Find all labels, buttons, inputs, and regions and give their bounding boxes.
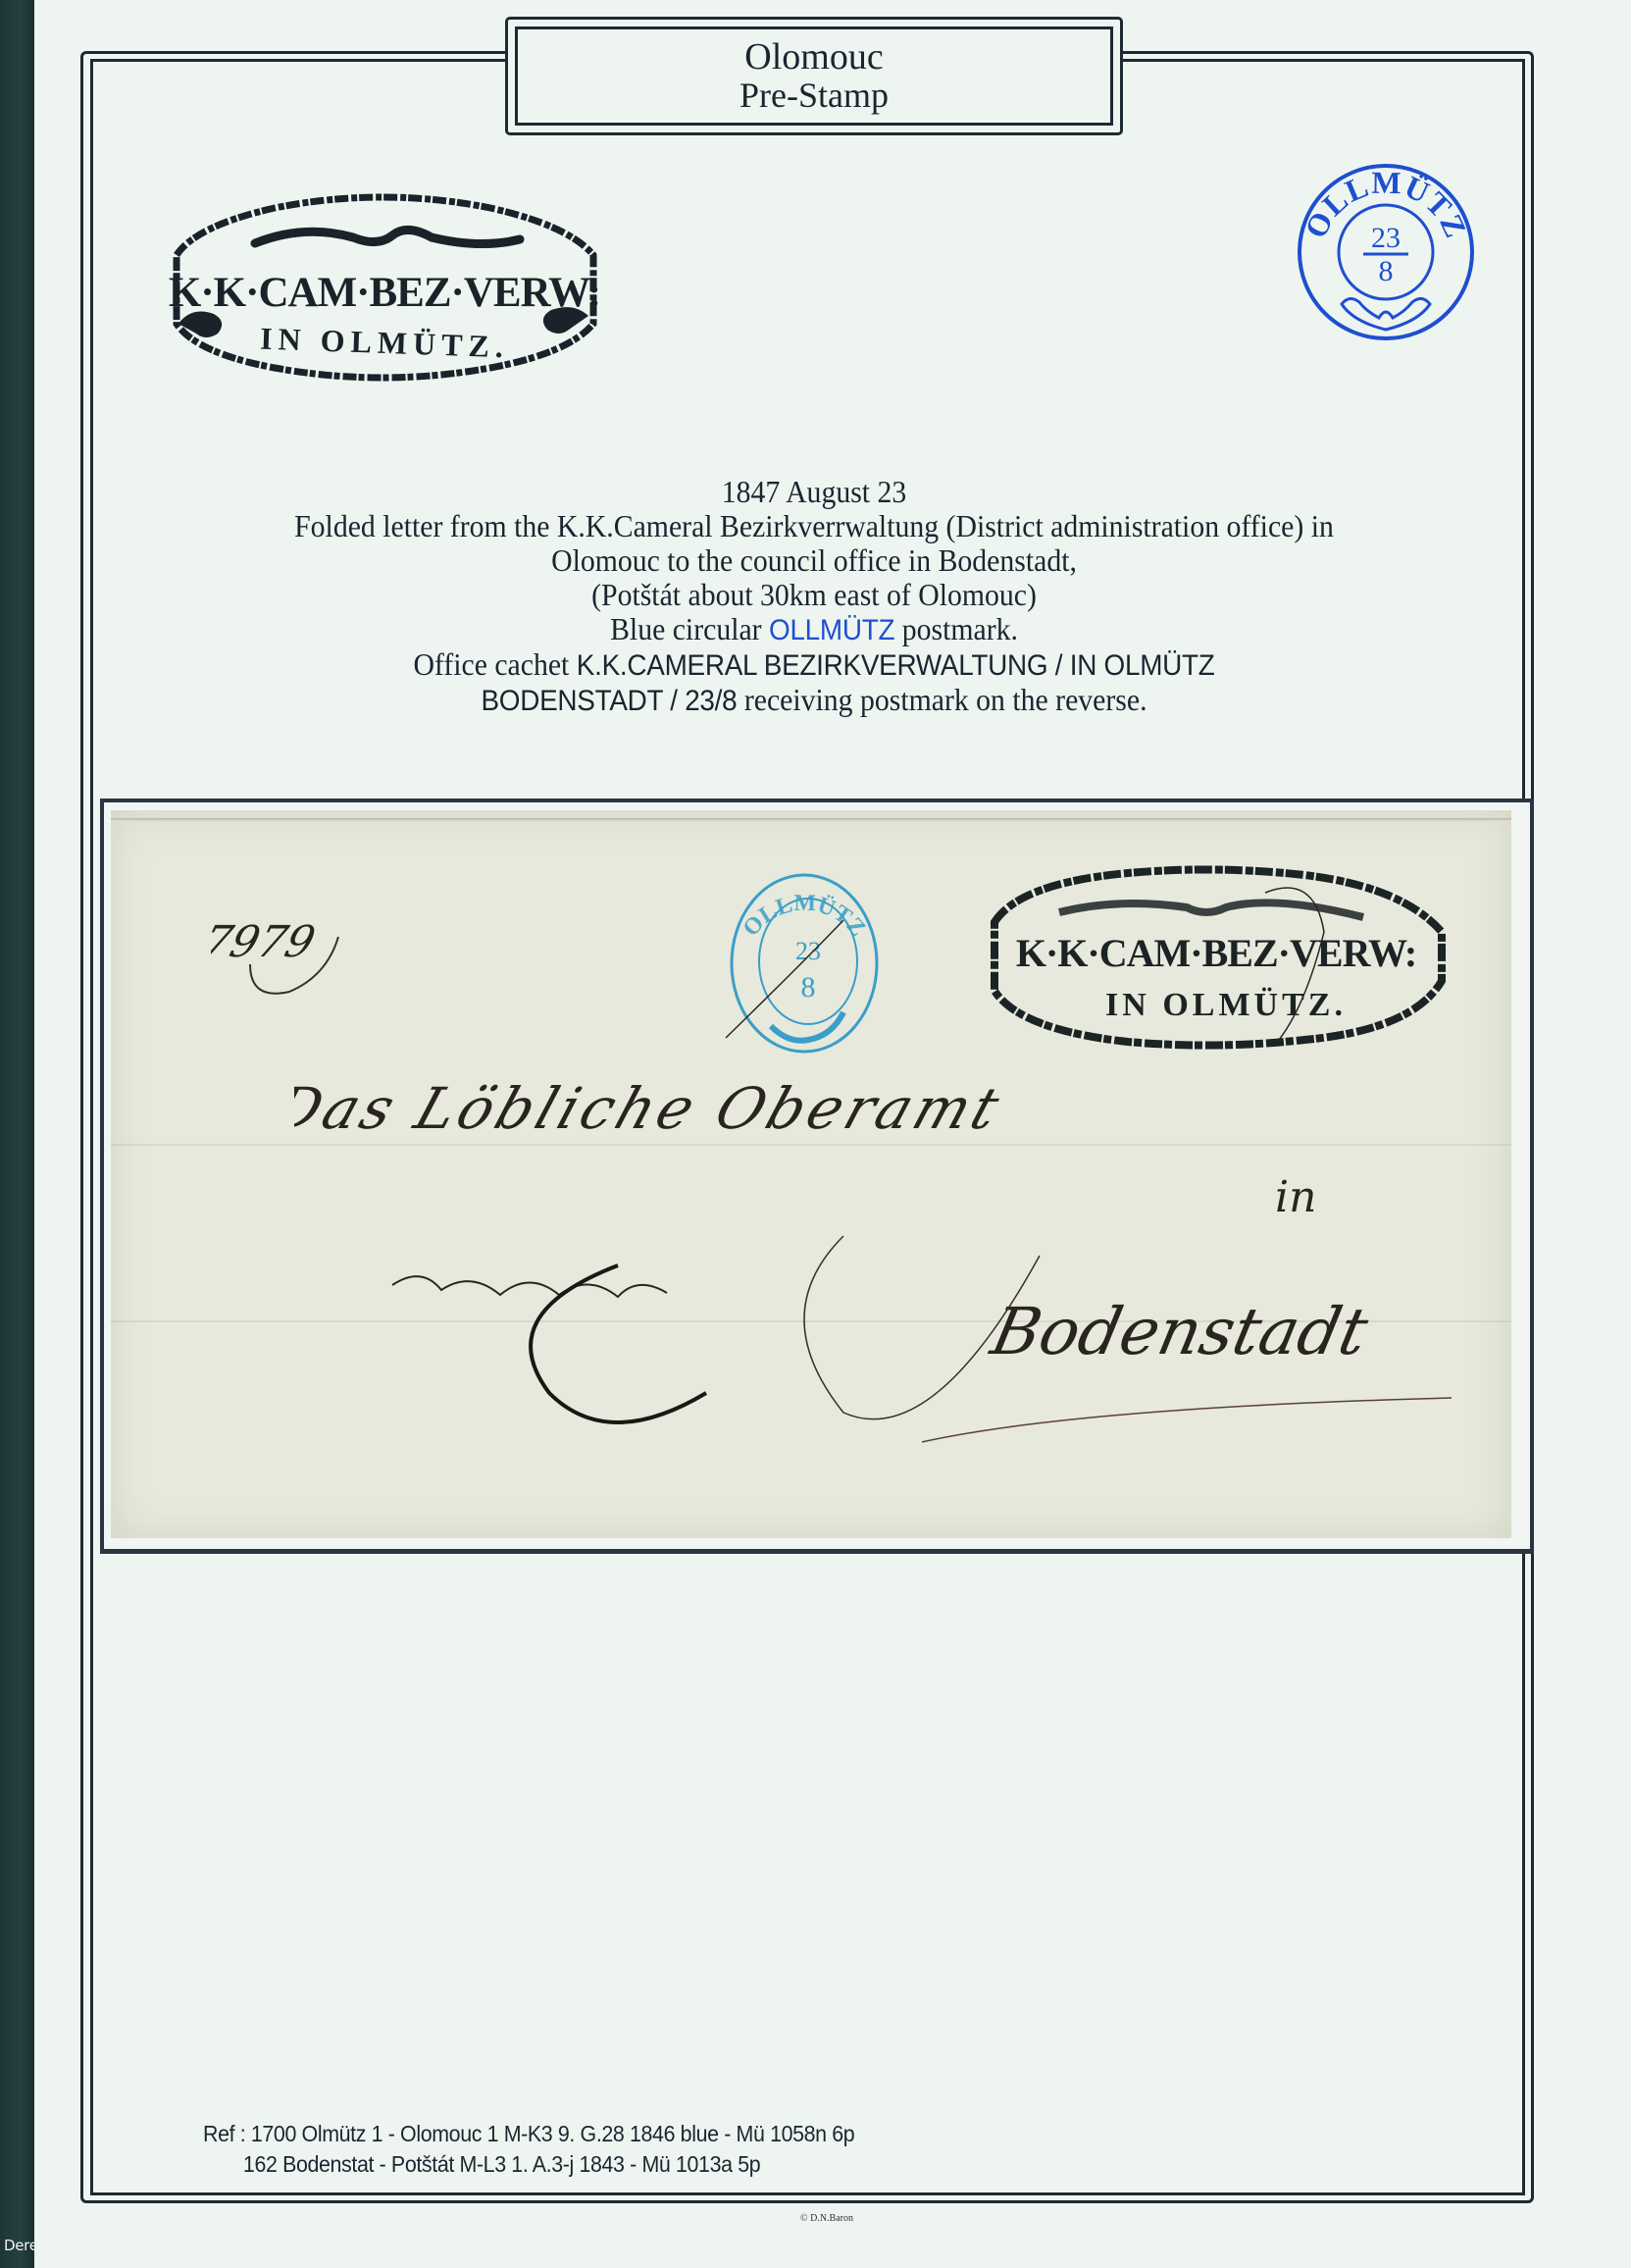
text-fragment: Blue circular	[610, 611, 769, 646]
page-title: Olomouc	[518, 37, 1110, 77]
docket-number: 7979	[211, 898, 348, 1005]
page-subtitle: Pre-Stamp	[518, 77, 1110, 114]
cachet-line1: K·K·CAM·BEZ·VERW:	[169, 270, 600, 316]
svg-text:K·K·CAM·BEZ·VERW:: K·K·CAM·BEZ·VERW:	[1016, 931, 1416, 975]
description-line: Office cachet K.K.CAMERAL BEZIRKVERWALTU…	[148, 647, 1480, 683]
catalogue-references: Ref : 1700 Olmütz 1 - Olomouc 1 M-K3 9. …	[203, 2119, 854, 2180]
description-line: Blue circular OLLMÜTZ postmark.	[148, 612, 1480, 647]
svg-text:8: 8	[801, 971, 816, 1004]
title-box: Olomouc Pre-Stamp	[505, 17, 1123, 135]
reference-line: 162 Bodenstat - Potštát M-L3 1. A.3-j 18…	[203, 2149, 854, 2180]
description-line: BODENSTADT / 23/8 receiving postmark on …	[148, 683, 1480, 718]
svg-text:7979: 7979	[211, 916, 321, 967]
svg-text:IN OLMÜTZ.: IN OLMÜTZ.	[1105, 987, 1347, 1023]
text-fragment: Office cachet	[413, 646, 576, 682]
svg-text:Das Löbliche Oberamt: Das Löbliche Oberamt	[294, 1076, 1010, 1142]
svg-text:23: 23	[795, 937, 821, 965]
svg-text:OLLMÜTZ: OLLMÜTZ	[739, 891, 871, 942]
scanner-edge	[0, 0, 34, 2268]
description: 1847 August 23 Folded letter from the K.…	[148, 475, 1480, 718]
svg-text:in: in	[1275, 1172, 1316, 1222]
text-fragment: postmark.	[894, 611, 1018, 646]
postmark-month: 8	[1379, 255, 1394, 287]
reference-line: Ref : 1700 Olmütz 1 - Olomouc 1 M-K3 9. …	[203, 2119, 854, 2149]
svg-text:Bodenstadt: Bodenstadt	[983, 1294, 1374, 1369]
cachet-name: K.K.CAMERAL BEZIRKVERWALTUNG / IN OLMÜTZ	[577, 649, 1215, 682]
text-fragment: receiving postmark on the reverse.	[737, 682, 1147, 717]
receiving-postmark-name: BODENSTADT / 23/8	[481, 685, 737, 717]
postmark-day: 23	[1371, 222, 1401, 254]
handwritten-address: Das Löbliche Oberamt in Bodenstadt	[294, 1020, 1452, 1452]
description-date: 1847 August 23	[148, 475, 1480, 509]
description-line: (Potštát about 30km east of Olomouc)	[148, 578, 1480, 612]
cachet-illustration: K·K·CAM·BEZ·VERW: IN OLMÜTZ.	[157, 186, 608, 387]
description-line: Olomouc to the council office in Bodenst…	[148, 543, 1480, 578]
copyright: © D.N.Baron	[800, 2213, 853, 2224]
postmark-name-highlight: OLLMÜTZ	[769, 614, 894, 646]
cachet-line2: IN OLMÜTZ.	[260, 321, 510, 365]
postmark-illustration: OLLMÜTZ 23 8	[1293, 159, 1479, 345]
description-line: Folded letter from the K.K.Cameral Bezir…	[148, 509, 1480, 543]
watermark: Derek Baron	[4, 2237, 92, 2254]
